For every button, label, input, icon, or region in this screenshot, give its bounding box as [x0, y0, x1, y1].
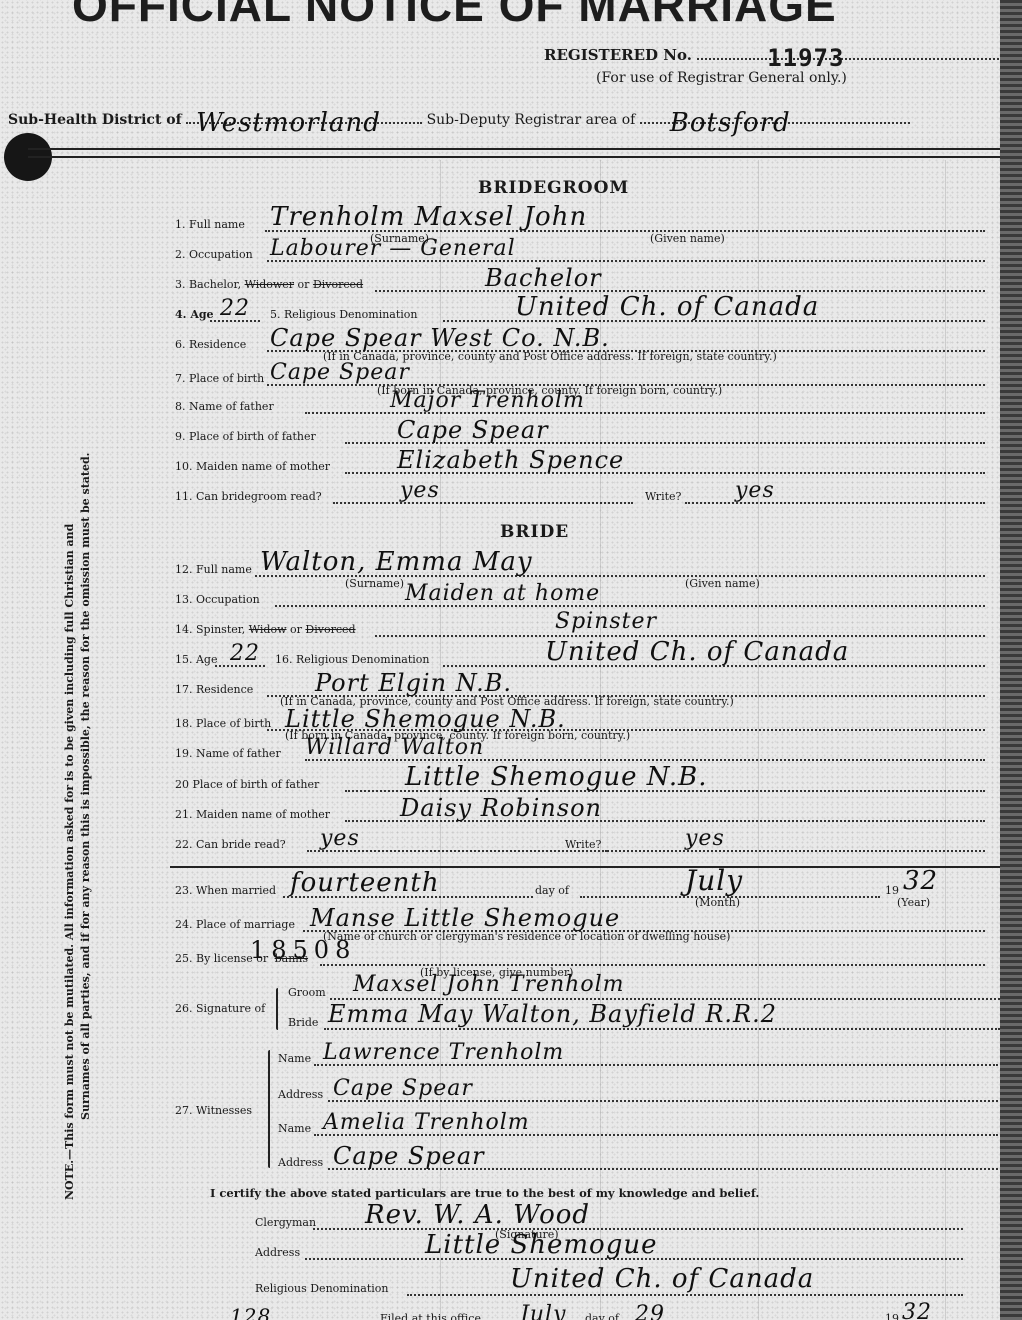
bride-marital-status: Spinster: [555, 609, 657, 634]
grid-line: [758, 160, 759, 1320]
registered-label: REGISTERED No.: [544, 46, 692, 64]
marriage-notice-page: OFFICIAL NOTICE OF MARRIAGE REGISTERED N…: [0, 0, 1000, 1320]
bride-marital-status-row: 14. Spinster, Widow or Divorced Spinster: [175, 623, 356, 643]
groom-can-write: yes: [735, 478, 775, 503]
scan-edge: [1000, 0, 1022, 1320]
bride-heading: BRIDE: [500, 522, 569, 542]
groom-full-name-row: 1. Full name Trenholm Maxsel John (Surna…: [175, 218, 245, 238]
place-of-marriage: Manse Little Shemogue: [310, 904, 620, 932]
place-of-marriage-row: 24. Place of marriage Manse Little Shemo…: [175, 918, 295, 938]
clergyman-row: Clergyman Rev. W. A. Wood (Signature): [255, 1216, 316, 1236]
district-line: Sub-Health District of Westmorland Sub-D…: [0, 112, 910, 128]
bride-residence-row: 17. Residence Port Elgin N.B. (If in Can…: [175, 683, 253, 703]
registered-number-line: REGISTERED No. 11973: [544, 46, 1022, 64]
bride-father-name: Willard Walton: [305, 735, 484, 760]
when-married-row: 23. When married fourteenth day of July …: [175, 884, 276, 904]
filed-month: July: [520, 1302, 566, 1320]
groom-mother-maiden-name: Elizabeth Spence: [397, 446, 624, 474]
groom-father-name: Major Trenholm: [390, 388, 585, 413]
bride-father-birthplace: Little Shemogue N.B.: [405, 762, 707, 792]
witness-2-address: Cape Spear: [333, 1142, 485, 1170]
bride-age-religion-row: 15. Age 22 16. Religious Denomination Un…: [175, 653, 218, 673]
groom-signature-row: Groom Maxsel John Trenholm: [288, 986, 326, 1006]
side-note: NOTE.—This form must not be mutilated. A…: [62, 400, 94, 1200]
marriage-month: July: [685, 864, 743, 897]
filing-number: 128: [230, 1304, 271, 1320]
clergyman-signature: Rev. W. A. Wood: [365, 1200, 590, 1230]
witness-1-address-row: Address Cape Spear: [278, 1088, 323, 1108]
groom-full-name: Trenholm Maxsel John: [270, 202, 587, 232]
license-number: 18508: [250, 936, 356, 964]
clergyman-denomination: United Ch. of Canada: [510, 1264, 814, 1294]
bridegroom-heading: BRIDEGROOM: [478, 178, 629, 198]
clergyman-denomination-row: Religious Denomination United Ch. of Can…: [255, 1282, 389, 1302]
clergyman-address: Little Shemogue: [425, 1230, 657, 1260]
groom-birthplace: Cape Spear: [270, 360, 410, 385]
groom-literacy-row: 11. Can bridegroom read? yes Write? yes: [175, 490, 322, 510]
license-row: 25. By license or banns 18508 (If by lic…: [175, 952, 308, 972]
sub-health-label: Sub-Health District of: [8, 112, 182, 128]
grid-line: [945, 160, 946, 1320]
bride-can-write: yes: [685, 826, 725, 851]
bride-can-read: yes: [320, 826, 360, 851]
groom-residence-row: 6. Residence Cape Spear West Co. N.B. (I…: [175, 338, 246, 358]
header-divider: [28, 148, 1000, 158]
groom-occupation: Labourer — General: [270, 236, 516, 261]
bride-father-birthplace-row: 20 Place of birth of father Little Shemo…: [175, 778, 319, 798]
bride-residence: Port Elgin N.B.: [315, 669, 512, 697]
groom-father-birthplace: Cape Spear: [397, 416, 549, 444]
marriage-day: fourteenth: [290, 868, 440, 898]
groom-religion: United Ch. of Canada: [515, 292, 819, 322]
sub-deputy-value: Botsford: [670, 108, 791, 138]
witness-1-address: Cape Spear: [333, 1076, 473, 1101]
groom-can-read: yes: [400, 478, 440, 503]
registered-number: 11973: [767, 44, 844, 72]
witnesses-brace: [268, 1050, 270, 1168]
groom-residence: Cape Spear West Co. N.B.: [270, 324, 610, 352]
sub-deputy-label: Sub-Deputy Registrar area of: [427, 112, 636, 128]
sub-health-value: Westmorland: [196, 108, 381, 138]
groom-marital-status: Bachelor: [485, 264, 602, 292]
bride-mother-row: 21. Maiden name of mother Daisy Robinson: [175, 808, 330, 828]
groom-mother-row: 10. Maiden name of mother Elizabeth Spen…: [175, 460, 330, 480]
groom-birthplace-row: 7. Place of birth Cape Spear (If born in…: [175, 372, 264, 392]
groom-age: 22: [220, 296, 250, 321]
bride-full-name-row: 12. Full name Walton, Emma May (Surname)…: [175, 563, 252, 583]
bride-signature-row: Bride Emma May Walton, Bayfield R.R.2: [288, 1016, 318, 1036]
groom-occupation-row: 2. Occupation Labourer — General: [175, 248, 253, 268]
witness-1-name: Lawrence Trenholm: [323, 1040, 564, 1065]
bride-birthplace-row: 18. Place of birth Little Shemogue N.B. …: [175, 717, 271, 737]
bride-occupation-row: 13. Occupation Maiden at home: [175, 593, 260, 613]
groom-father-row: 8. Name of father Major Trenholm: [175, 400, 274, 420]
registered-note: (For use of Registrar General only.): [596, 70, 847, 86]
bride-age: 22: [230, 641, 260, 666]
bride-occupation: Maiden at home: [405, 581, 600, 606]
marriage-year: 32: [903, 866, 938, 896]
clergyman-address-row: Address Little Shemogue: [255, 1246, 300, 1266]
bride-signature: Emma May Walton, Bayfield R.R.2: [328, 1000, 777, 1028]
groom-marital-status-row: 3. Bachelor, Widower or Divorced Bachelo…: [175, 278, 363, 298]
bride-father-row: 19. Name of father Willard Walton: [175, 747, 281, 767]
bride-literacy-row: 22. Can bride read? yes Write? yes: [175, 838, 286, 858]
witnesses-row: 27. Witnesses: [175, 1104, 252, 1124]
filed-year: 32: [902, 1300, 932, 1320]
bride-mother-maiden-name: Daisy Robinson: [400, 794, 602, 822]
witness-2-address-row: Address Cape Spear: [278, 1156, 323, 1176]
bride-religion: United Ch. of Canada: [545, 637, 849, 667]
witness-1-name-row: Name Lawrence Trenholm: [278, 1052, 311, 1072]
witness-2-name-row: Name Amelia Trenholm: [278, 1122, 311, 1142]
bride-full-name: Walton, Emma May: [260, 547, 533, 577]
document-title: OFFICIAL NOTICE OF MARRIAGE: [72, 0, 837, 32]
groom-age-religion-row: 4. Age 22 5. Religious Denomination Unit…: [175, 308, 214, 328]
groom-father-birthplace-row: 9. Place of birth of father Cape Spear: [175, 430, 316, 450]
signature-row: 26. Signature of: [175, 1002, 265, 1022]
witness-2-name: Amelia Trenholm: [323, 1110, 530, 1135]
filed-day: 29: [635, 1302, 665, 1320]
groom-signature: Maxsel John Trenholm: [353, 972, 624, 997]
signature-brace: [276, 988, 278, 1030]
